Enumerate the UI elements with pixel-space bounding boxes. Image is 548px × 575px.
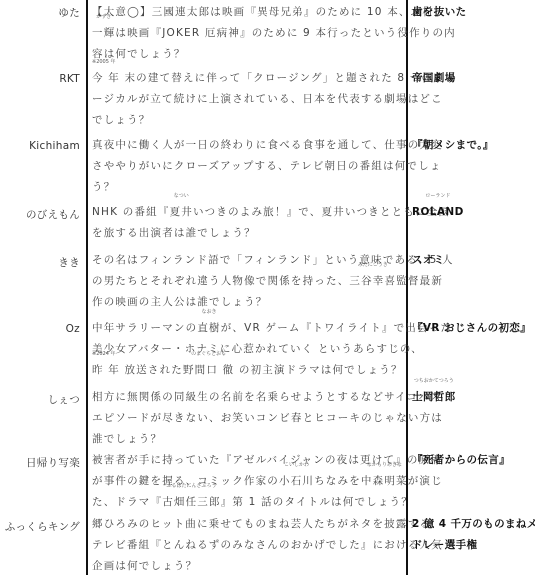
ruby-word: なつい夏井 — [170, 202, 193, 223]
ruby-word: こいしかわ小石川 — [279, 471, 314, 492]
ruby-word: なかもりあきな中森明菜 — [361, 471, 408, 492]
question-cell: NHK の番組『なつい夏井いつきのよみ旅！』で、夏井いつきとともに全国 を旅する… — [92, 202, 402, 244]
question-cell: 中年サラリーマンのなおき直樹が、VR ゲーム『トワイライト』で出会った 美少女ア… — [92, 318, 402, 381]
question-line: でしょう？ — [92, 110, 402, 131]
author-name: RKT — [0, 73, 80, 85]
answer-text: 2 億 4 千万のものまねメ — [412, 514, 546, 535]
ruby-word: なおき直樹 — [197, 318, 220, 339]
question-line: 企画は何でしょう？ — [92, 556, 402, 575]
answer-cell: 『死者からの伝言』 — [412, 450, 546, 471]
question-cell: 被害者が手に持っていた『アゼルバイジャンの夜は更けて』の原稿 が事件の鍵を握る、… — [92, 450, 402, 513]
question-cell: 真夜中に働く人が一日の終わりに食べる食事を通して、仕事の大変 さややりがいにクロ… — [92, 135, 402, 198]
answer-cell: 『朝メシまで。』 — [412, 135, 546, 156]
question-line: テレビ番組『とんねるずのみなさんのおかげでした』における人気 — [92, 535, 402, 556]
answer-cell: スオミ — [412, 250, 546, 271]
ruby-word: のまぐちとおる野間口 徹 — [183, 360, 234, 381]
ruby-word: みたにこうき三谷幸喜 — [349, 271, 396, 292]
answer-cell: つちおかてつろう土岡哲郎 — [412, 387, 546, 408]
author-name: のびえもん — [0, 207, 80, 222]
answer-text: つちおかてつろう土岡哲郎 — [412, 387, 546, 408]
answer-cell: 歯を抜いた — [412, 2, 546, 23]
author-name: 日帰り写楽 — [0, 455, 80, 470]
answer-text: 歯を抜いた — [412, 2, 546, 23]
footnote-annotation: ※2024 年 — [92, 351, 116, 357]
author-name: ふっくらキング — [0, 519, 80, 534]
question-line: 郷ひろみのヒット曲に乗せてものまね芸人たちがネタを披露する、 — [92, 514, 402, 535]
question-line: の男たちとそれぞれ違う人物像で関係を持った、みたにこうき三谷幸喜監督最新 — [92, 271, 402, 292]
author-name: ゆた — [0, 5, 80, 20]
ruby-word: つちおかてつろう土岡哲郎 — [412, 387, 456, 408]
question-cell: その名はフィンランド語で「フィンランド」という意味である、5 人 の男たちとそれ… — [92, 250, 402, 313]
question-line: 容は何でしょう？ — [92, 44, 402, 65]
answer-text: 帝国劇場 — [412, 68, 546, 89]
question-line: 中年サラリーマンのなおき直樹が、VR ゲーム『トワイライト』で出会った — [92, 318, 402, 339]
question-line: が事件の鍵を握る、コミック作家のこいしかわ小石川ちなみをなかもりあきな中森明菜が… — [92, 471, 402, 492]
question-line: エピソードが尽きない、お笑いコンビ春とヒコーキのじゃない方は — [92, 408, 402, 429]
answer-cell: 2 億 4 千万のものまねメ ドレー選手権 — [412, 514, 546, 556]
question-line: ージカルが立て続けに上演されている、日本を代表する劇場はどこ — [92, 89, 402, 110]
answer-text: 『死者からの伝言』 — [412, 450, 546, 471]
question-line: 相方に無関係の同級生の名前を名乗らせようとするなどサイコパス — [92, 387, 402, 408]
ruby-word: ローランドROLAND — [412, 202, 464, 223]
answer-text: 『VR おじさんの初恋』 — [412, 318, 546, 339]
author-name: きき — [0, 255, 80, 270]
question-line: う？ — [92, 177, 402, 198]
question-line: 誰でしょう？ — [92, 429, 402, 450]
question-line: ※2005 年 今 年 末の建て替えに伴って「クロージング」と題された 8 つの… — [92, 68, 402, 89]
quiz-table: ゆた 【大意◯】みくにれんたろう三國連太郎は映画『異母兄弟』のために 10 本、… — [0, 0, 548, 575]
ruby-word: ふるはたにんざぶろう古畑任三郎 — [162, 492, 221, 513]
column-divider-left — [86, 0, 88, 575]
answer-text: ドレー選手権 — [412, 535, 546, 556]
ruby-word: みくにれんたろう三國連太郎 — [152, 2, 211, 23]
author-name: Oz — [0, 323, 80, 335]
question-line: た、ドラマ『ふるはたにんざぶろう古畑任三郎』第 1 話のタイトルは何でしょう？ — [92, 492, 402, 513]
question-cell: 相方に無関係の同級生の名前を名乗らせようとするなどサイコパス エピソードが尽きな… — [92, 387, 402, 450]
question-line: 【大意◯】みくにれんたろう三國連太郎は映画『異母兄弟』のために 10 本、きたむ… — [92, 2, 402, 23]
question-cell: 【大意◯】みくにれんたろう三國連太郎は映画『異母兄弟』のために 10 本、きたむ… — [92, 2, 402, 65]
question-line: ※2024 年 昨 年 放送されたのまぐちとおる野間口 徹 の初主演ドラマは何で… — [92, 360, 402, 381]
author-name: Kichiham — [0, 140, 80, 152]
question-cell: ※2005 年 今 年 末の建て替えに伴って「クロージング」と題された 8 つの… — [92, 68, 402, 131]
question-line: を旅する出演者は誰でしょう？ — [92, 223, 402, 244]
question-line: 美少女アバター・ホナミに心惹かれていく というあらすじの、 — [92, 339, 402, 360]
answer-cell: 『VR おじさんの初恋』 — [412, 318, 546, 339]
answer-text: ローランドROLAND — [412, 202, 546, 223]
author-name: しぇつ — [0, 392, 80, 407]
answer-text: 『朝メシまで。』 — [412, 135, 546, 156]
question-line: 作の映画の主人公は誰でしょう？ — [92, 292, 402, 313]
question-line: 真夜中に働く人が一日の終わりに食べる食事を通して、仕事の大変 — [92, 135, 402, 156]
question-cell: 郷ひろみのヒット曲に乗せてものまね芸人たちがネタを披露する、 テレビ番組『とんね… — [92, 514, 402, 575]
answer-text: スオミ — [412, 250, 546, 271]
ruby-word: かずき一輝 — [92, 23, 115, 44]
question-line: かずき一輝は映画『JOKER 厄病神』のために 9 本行ったという役作りの内 — [92, 23, 402, 44]
question-line: さややりがいにクローズアップする、テレビ朝日の番組は何でしょ — [92, 156, 402, 177]
answer-cell: 帝国劇場 — [412, 68, 546, 89]
answer-cell: ローランドROLAND — [412, 202, 546, 223]
footnote-annotation: ※2005 年 — [92, 59, 116, 65]
question-line: NHK の番組『なつい夏井いつきのよみ旅！』で、夏井いつきとともに全国 — [92, 202, 402, 223]
question-line: 被害者が手に持っていた『アゼルバイジャンの夜は更けて』の原稿 — [92, 450, 402, 471]
